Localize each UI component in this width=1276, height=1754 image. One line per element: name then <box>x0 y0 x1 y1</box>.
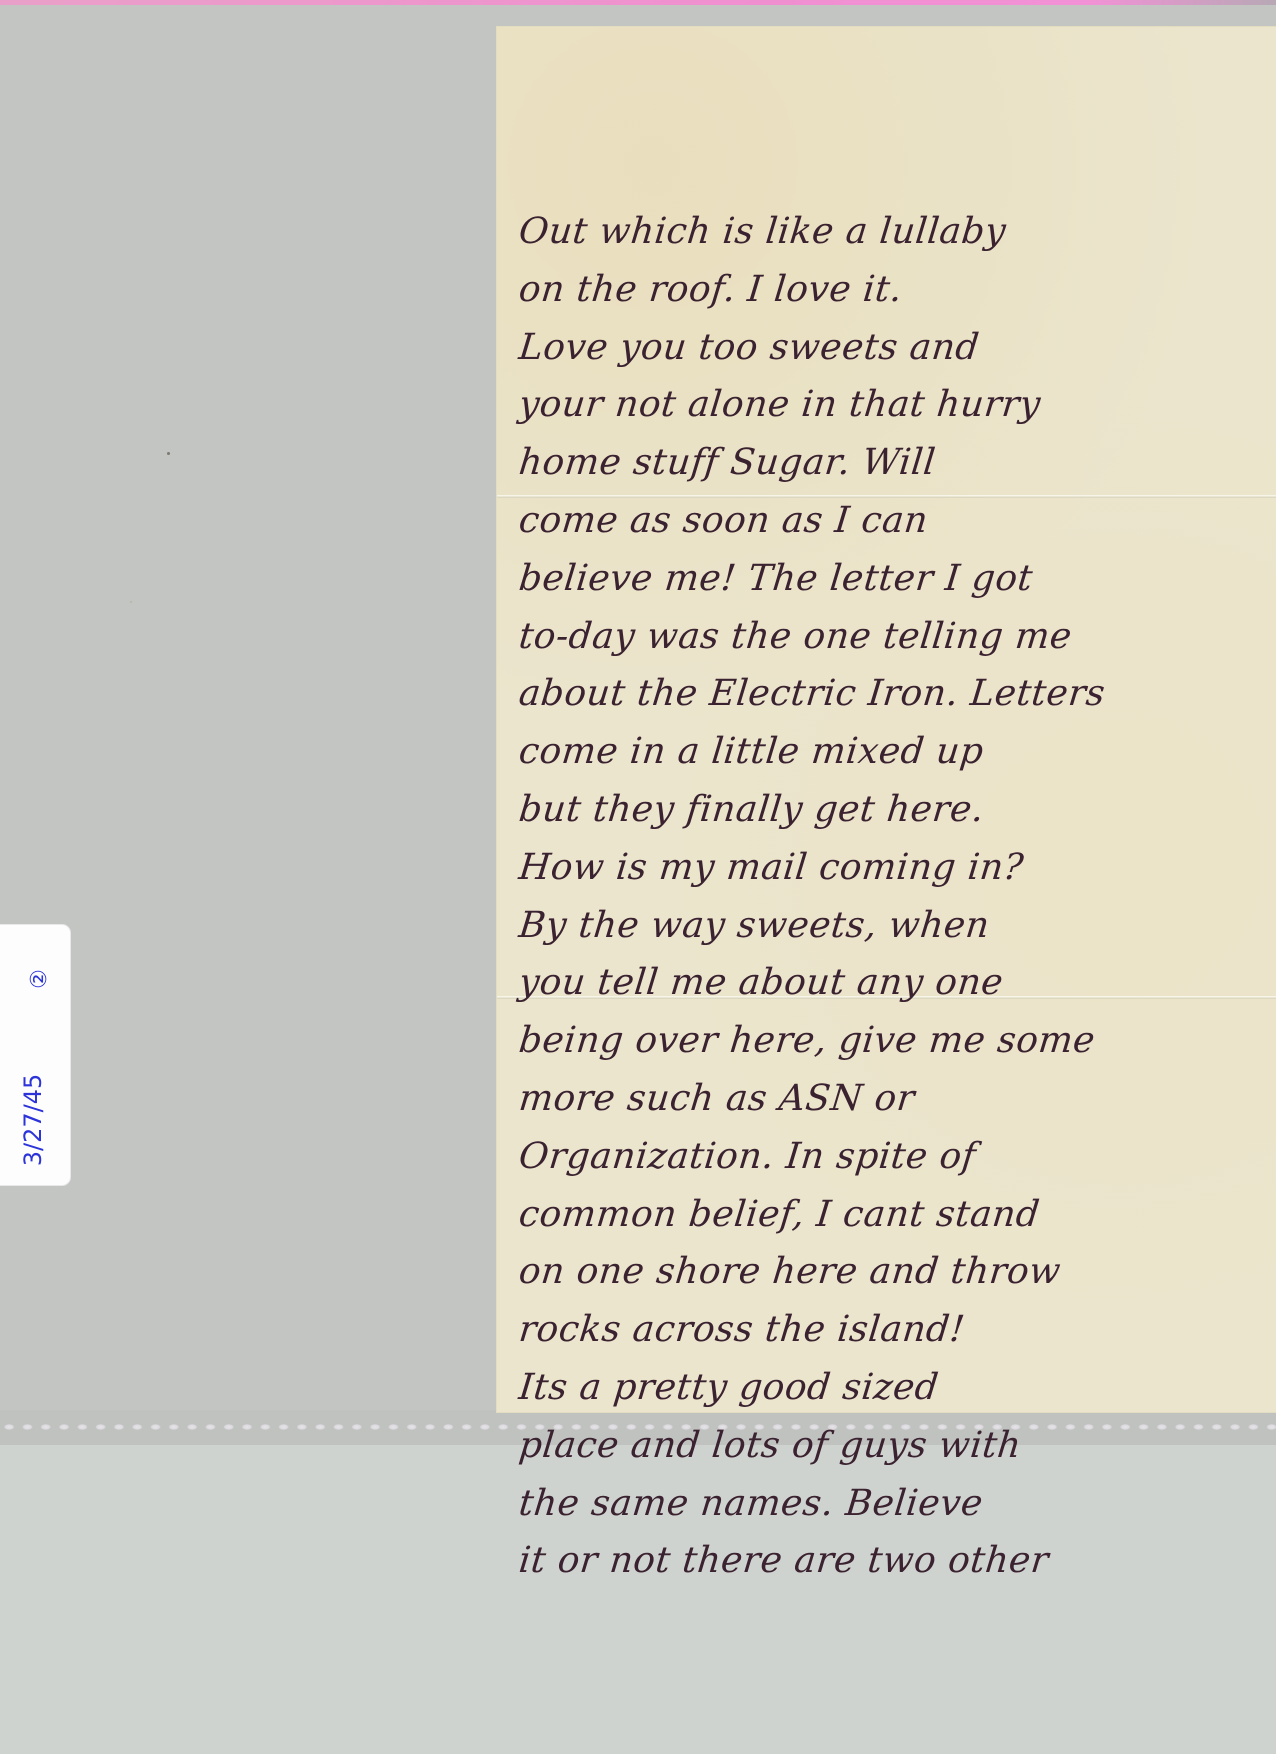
letter-line: come as soon as I can <box>516 492 1267 550</box>
letter-line: Out which is like a lullaby <box>516 203 1267 261</box>
letter-line: Organization. In spite of <box>516 1128 1267 1186</box>
letter-line: your not alone in that hurry <box>516 376 1267 434</box>
letter-line: place and lots of guys with <box>516 1417 1267 1475</box>
letter-line: it or not there are two other <box>516 1532 1267 1590</box>
dust-speck <box>167 452 170 455</box>
letter-line: you tell me about any one <box>516 954 1267 1012</box>
letter-line: come in a little mixed up <box>516 723 1267 781</box>
letter-line: Its a pretty good sized <box>516 1359 1267 1417</box>
letter-line: common belief, I cant stand <box>516 1186 1267 1244</box>
letter-line: believe me! The letter I got <box>516 550 1267 608</box>
letter-line: on one shore here and throw <box>516 1243 1267 1301</box>
letter-line: Love you too sweets and <box>516 319 1267 377</box>
letter-line: more such as ASN or <box>516 1070 1267 1128</box>
letter-body: Out which is like a lullaby on the roof.… <box>519 203 1264 1590</box>
letter-page: Out which is like a lullaby on the roof.… <box>497 27 1276 1412</box>
page-number-marker: ② <box>26 965 54 993</box>
date-label: 3/27/45 <box>18 1065 48 1175</box>
letter-line: to-day was the one telling me <box>516 608 1267 666</box>
dust-speck <box>130 601 132 603</box>
letter-line: being over here, give me some <box>516 1012 1267 1070</box>
letter-line: rocks across the island! <box>516 1301 1267 1359</box>
letter-line: By the way sweets, when <box>516 897 1267 955</box>
letter-line: but they finally get here. <box>516 781 1267 839</box>
archive-label: ② 3/27/45 <box>0 925 70 1185</box>
letter-line: home stuff Sugar. Will <box>516 434 1267 492</box>
letter-line: the same names. Believe <box>516 1475 1267 1533</box>
letter-line: How is my mail coming in? <box>516 839 1267 897</box>
letter-line: about the Electric Iron. Letters <box>516 665 1267 723</box>
letter-line: on the roof. I love it. <box>516 261 1267 319</box>
